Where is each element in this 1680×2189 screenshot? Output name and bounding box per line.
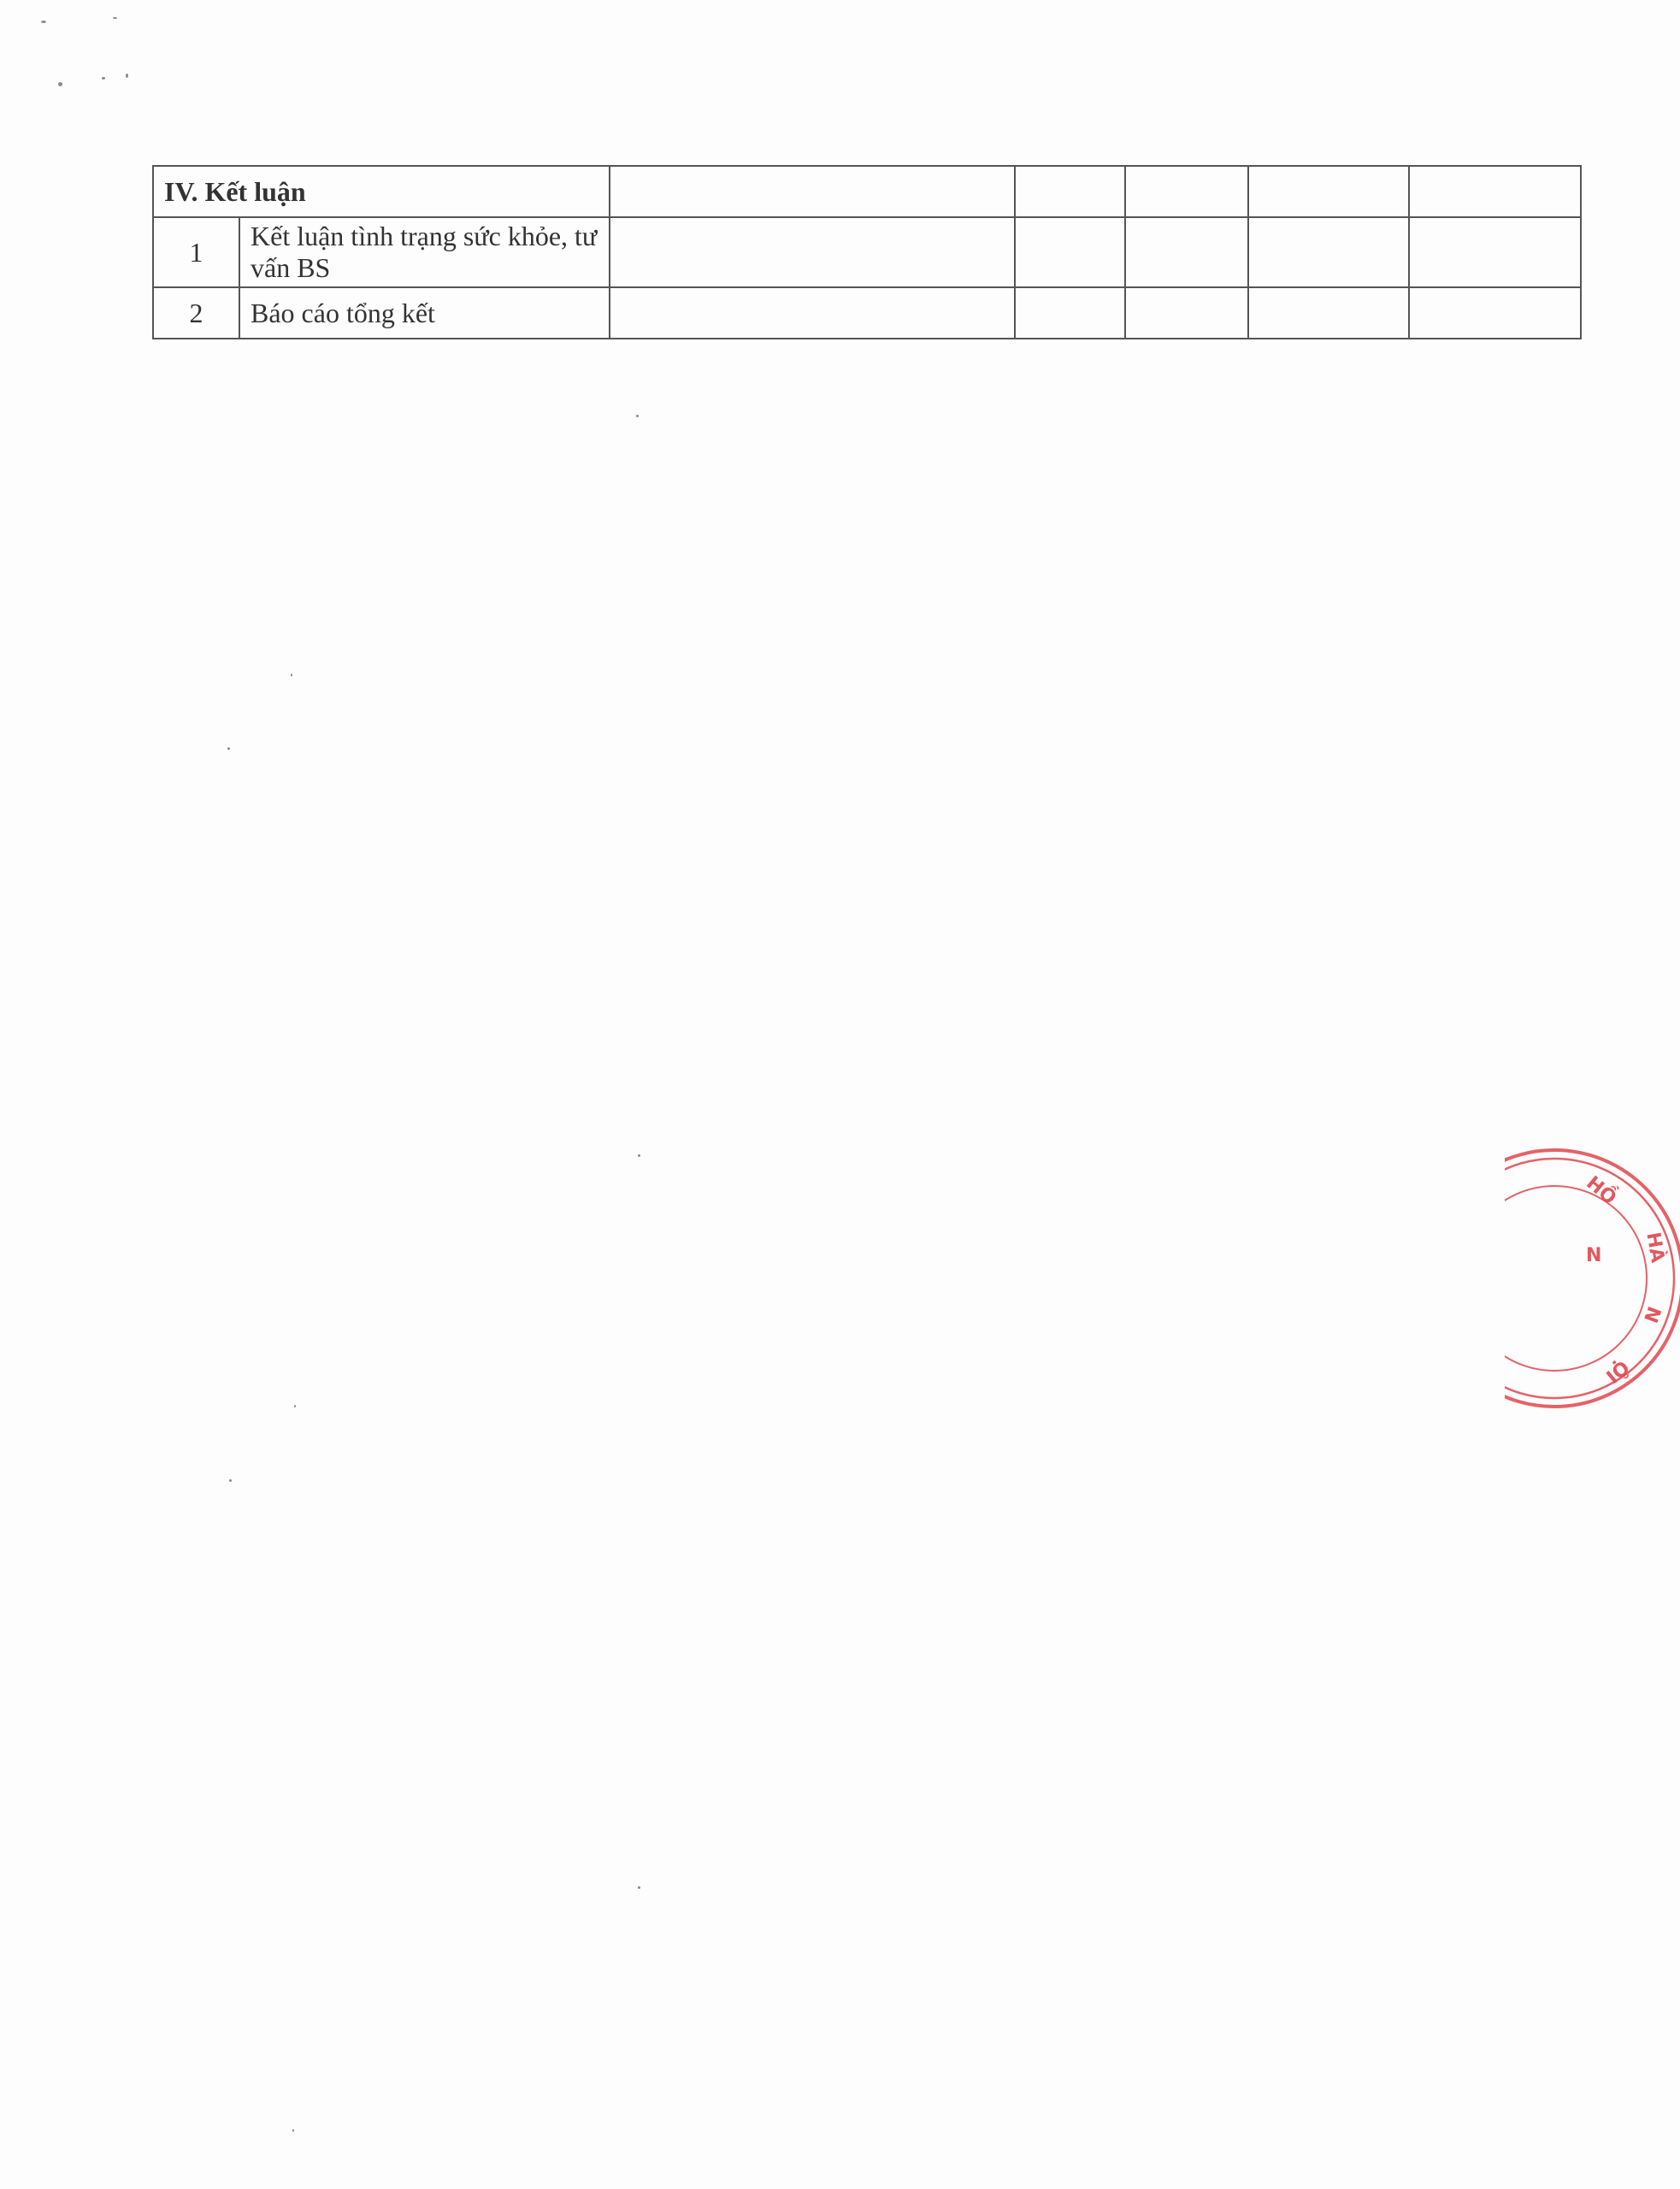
scan-speck	[294, 1405, 296, 1407]
svg-text:N: N	[1586, 1245, 1601, 1266]
scanned-page: IV. Kết luận 1 Kết luận tình trạng sức k…	[0, 0, 1680, 2189]
empty-cell	[1015, 287, 1125, 339]
scan-speck	[41, 21, 46, 23]
row-number: 1	[153, 217, 239, 287]
empty-cell	[1125, 166, 1248, 217]
empty-cell	[1409, 217, 1581, 287]
scan-speck	[638, 1154, 640, 1157]
scan-speck	[229, 1479, 232, 1482]
empty-cell	[1409, 166, 1581, 217]
svg-text:HÀ: HÀ	[1642, 1230, 1669, 1264]
scan-speck	[292, 2129, 294, 2132]
empty-cell	[610, 287, 1015, 339]
scan-speck	[58, 82, 62, 86]
empty-cell	[1015, 217, 1125, 287]
stamp-seal-icon: HỒ N HÀ N ỘI	[1505, 1146, 1680, 1411]
scan-speck	[636, 415, 639, 417]
empty-cell	[1248, 287, 1409, 339]
row-content: Kết luận tình trạng sức khỏe, tư vấn BS	[239, 217, 610, 287]
conclusion-table: IV. Kết luận 1 Kết luận tình trạng sức k…	[152, 165, 1582, 339]
table-row: 2 Báo cáo tổng kết	[153, 287, 1581, 339]
scan-speck	[227, 747, 230, 750]
table-row: 1 Kết luận tình trạng sức khỏe, tư vấn B…	[153, 217, 1581, 287]
scan-speck	[126, 74, 128, 78]
empty-cell	[610, 166, 1015, 217]
section-title: IV. Kết luận	[153, 166, 610, 217]
official-stamp: HỒ N HÀ N ỘI	[1505, 1146, 1680, 1411]
empty-cell	[610, 217, 1015, 287]
empty-cell	[1015, 166, 1125, 217]
section-header-row: IV. Kết luận	[153, 166, 1581, 217]
scan-speck	[102, 77, 105, 80]
empty-cell	[1248, 166, 1409, 217]
empty-cell	[1125, 287, 1248, 339]
scan-speck	[638, 1886, 640, 1889]
row-content: Báo cáo tổng kết	[239, 287, 610, 339]
row-number: 2	[153, 287, 239, 339]
empty-cell	[1409, 287, 1581, 339]
empty-cell	[1248, 217, 1409, 287]
scan-speck	[113, 17, 117, 19]
scan-speck	[291, 674, 292, 676]
empty-cell	[1125, 217, 1248, 287]
